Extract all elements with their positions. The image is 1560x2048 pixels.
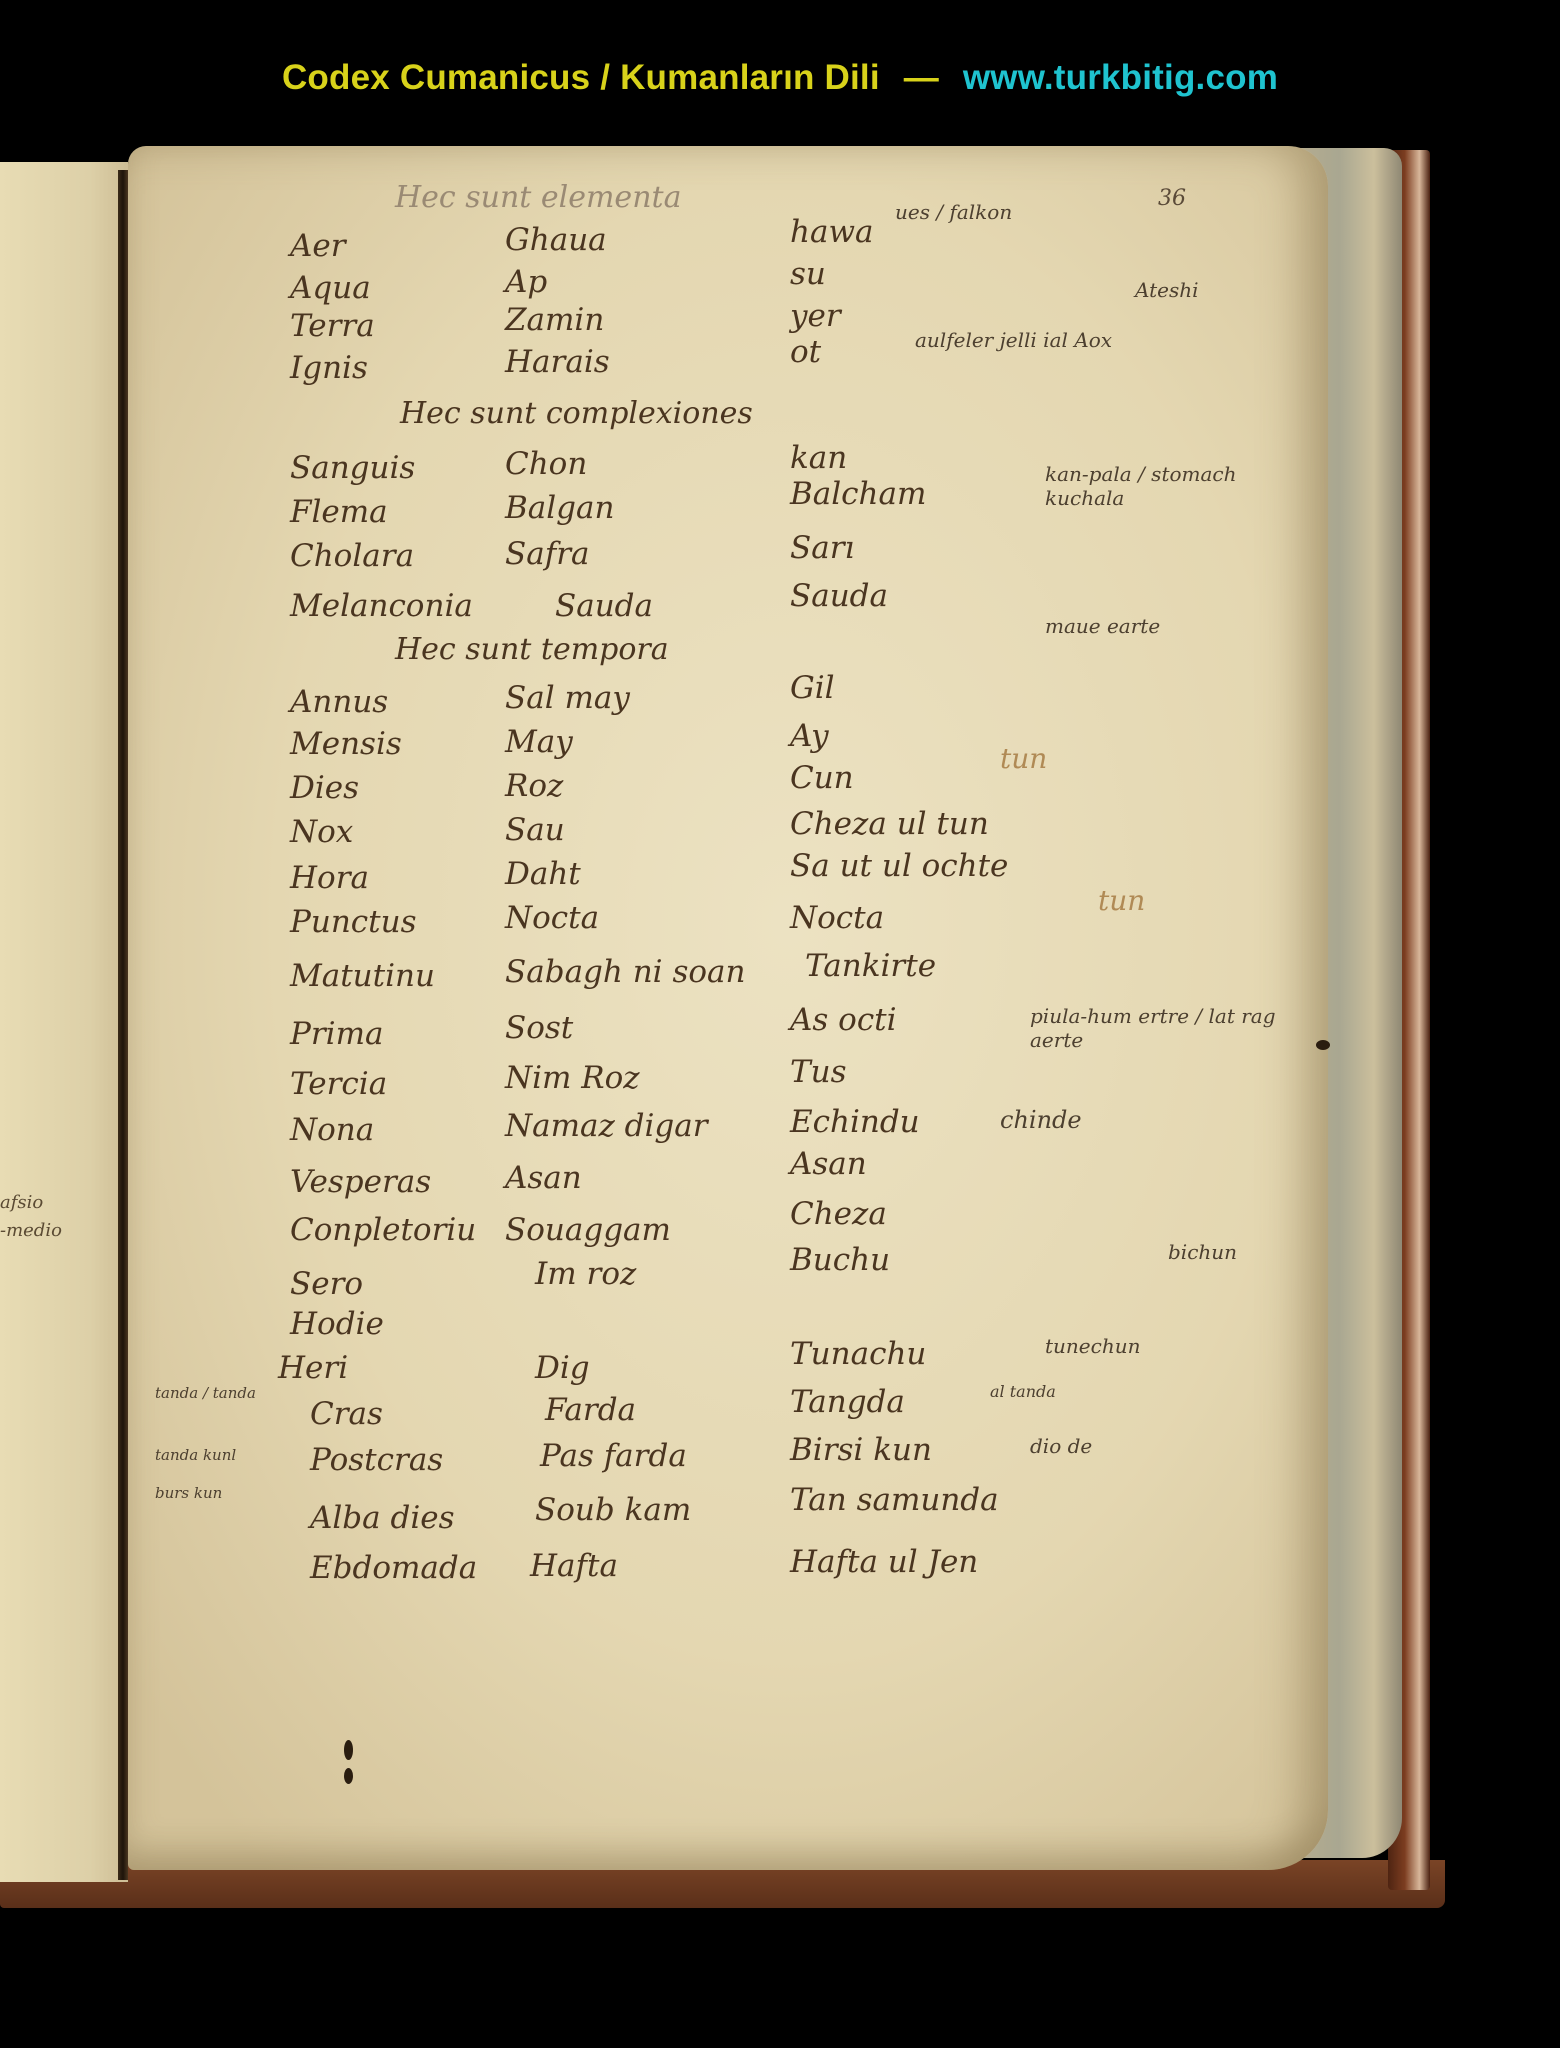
persian-term: Ap bbox=[505, 264, 547, 300]
latin-term: Heri bbox=[278, 1350, 348, 1386]
cuman-term: Cheza ul tun bbox=[790, 806, 989, 842]
latin-term: Aqua bbox=[290, 270, 371, 306]
cuman-term: Tunachu bbox=[790, 1336, 926, 1372]
caption-title: Codex Cumanicus / Kumanların Dili bbox=[282, 58, 880, 97]
persian-term: Sau bbox=[505, 812, 565, 848]
latin-term: Terra bbox=[290, 308, 375, 344]
left-page-note: -medio bbox=[0, 1220, 62, 1241]
latin-term: Dies bbox=[290, 770, 359, 806]
cuman-term: Tangda bbox=[790, 1384, 905, 1420]
persian-term: May bbox=[505, 724, 573, 760]
margin-gloss: tun bbox=[1000, 742, 1047, 775]
latin-term: Alba dies bbox=[310, 1500, 455, 1536]
latin-term: Aer bbox=[290, 228, 346, 264]
latin-term: Sanguis bbox=[290, 450, 415, 486]
latin-term: Tercia bbox=[290, 1066, 387, 1102]
caption-header: Codex Cumanicus / Kumanların Dili — www.… bbox=[0, 58, 1560, 98]
cuman-term: As octi bbox=[790, 1002, 897, 1038]
cuman-term: kan bbox=[790, 440, 847, 476]
persian-term: Roz bbox=[505, 768, 563, 804]
latin-term: Ebdomada bbox=[310, 1550, 477, 1586]
persian-term: Farda bbox=[545, 1392, 636, 1428]
cuman-term: yer bbox=[790, 298, 841, 334]
cuman-term: Cun bbox=[790, 760, 854, 796]
margin-gloss: maue earte bbox=[1045, 614, 1160, 638]
cuman-term: Balcham bbox=[790, 476, 926, 512]
persian-term: Hafta bbox=[530, 1548, 618, 1584]
persian-term: Soub kam bbox=[535, 1492, 691, 1528]
persian-term: Sauda bbox=[555, 588, 653, 624]
cuman-term: Cheza bbox=[790, 1196, 887, 1232]
persian-term: Namaz digar bbox=[505, 1108, 708, 1144]
latin-term: Sero bbox=[290, 1266, 363, 1302]
latin-term: Postcras bbox=[310, 1442, 443, 1478]
book-gutter bbox=[118, 170, 128, 1880]
persian-term: Safra bbox=[505, 536, 590, 572]
margin-gloss: Ateshi bbox=[1135, 278, 1199, 302]
cuman-term: Gil bbox=[790, 670, 835, 706]
latin-term: Annus bbox=[290, 684, 388, 720]
left-margin-note: tanda / tanda bbox=[155, 1384, 256, 1402]
margin-gloss: tun bbox=[1098, 884, 1145, 917]
cuman-term: hawa bbox=[790, 214, 873, 250]
cuman-term: su bbox=[790, 256, 826, 292]
latin-term: Hora bbox=[290, 860, 369, 896]
ink-spot bbox=[344, 1768, 353, 1784]
persian-term: Nocta bbox=[505, 900, 599, 936]
cuman-term: Birsi kun bbox=[790, 1432, 932, 1468]
persian-term: Nim Roz bbox=[505, 1060, 640, 1096]
persian-term: Dig bbox=[535, 1350, 590, 1386]
left-page: afsio -medio bbox=[0, 162, 128, 1882]
latin-term: Nona bbox=[290, 1112, 374, 1148]
cuman-term: Tan samunda bbox=[790, 1482, 999, 1518]
latin-term: Cholara bbox=[290, 538, 414, 574]
persian-term: Balgan bbox=[505, 490, 614, 526]
latin-term: Flema bbox=[290, 494, 388, 530]
folio-number: 36 bbox=[1158, 186, 1186, 211]
margin-gloss: al tanda bbox=[990, 1382, 1056, 1401]
persian-term: Harais bbox=[505, 344, 610, 380]
persian-term: Ghaua bbox=[505, 222, 607, 258]
cuman-term: Sauda bbox=[790, 578, 888, 614]
cuman-term: Sa ut ul ochte bbox=[790, 848, 1008, 884]
latin-term: Nox bbox=[290, 814, 353, 850]
section-heading: Hec sunt complexiones bbox=[400, 396, 753, 431]
left-margin-note: tanda kunl bbox=[155, 1446, 236, 1464]
latin-term: Melanconia bbox=[290, 588, 473, 624]
latin-term: Prima bbox=[290, 1016, 383, 1052]
cuman-term: Asan bbox=[790, 1146, 867, 1182]
persian-term: Zamin bbox=[505, 302, 604, 338]
cuman-term: Nocta bbox=[790, 900, 884, 936]
margin-gloss: dio de bbox=[1030, 1434, 1092, 1458]
persian-term: Sost bbox=[505, 1010, 573, 1046]
caption-url: www.turkbitig.com bbox=[963, 58, 1278, 97]
cuman-term: Buchu bbox=[790, 1242, 890, 1278]
left-margin-note: burs kun bbox=[155, 1484, 222, 1502]
margin-gloss: tunechun bbox=[1045, 1334, 1140, 1358]
persian-term: Chon bbox=[505, 446, 587, 482]
ink-spot bbox=[344, 1740, 353, 1760]
latin-term: Matutinu bbox=[290, 958, 435, 994]
margin-gloss: kan-pala / stomach kuchala bbox=[1045, 462, 1275, 510]
persian-term: Sal may bbox=[505, 680, 630, 716]
persian-term: Sabagh ni soan bbox=[505, 954, 745, 990]
persian-term: Daht bbox=[505, 856, 581, 892]
latin-term: Vesperas bbox=[290, 1164, 431, 1200]
ink-spot bbox=[1316, 1040, 1330, 1050]
persian-term: Pas farda bbox=[540, 1438, 687, 1474]
latin-term: Conpletoriu bbox=[290, 1212, 476, 1248]
latin-term: Mensis bbox=[290, 726, 402, 762]
margin-gloss: chinde bbox=[1000, 1106, 1082, 1134]
latin-term: Cras bbox=[310, 1396, 383, 1432]
margin-gloss: bichun bbox=[1168, 1240, 1237, 1264]
margin-gloss: aulfeler jelli ial Aox bbox=[915, 328, 1112, 352]
section-heading: Hec sunt tempora bbox=[395, 632, 669, 667]
cuman-term: Hafta ul Jen bbox=[790, 1544, 978, 1580]
cuman-term: Echindu bbox=[790, 1104, 920, 1140]
cuman-term: ot bbox=[790, 334, 821, 370]
left-page-note: afsio bbox=[0, 1192, 43, 1213]
persian-term: Souaggam bbox=[505, 1212, 671, 1248]
persian-term: Asan bbox=[505, 1160, 582, 1196]
cuman-term: Tus bbox=[790, 1054, 847, 1090]
margin-gloss: ues / falkon bbox=[895, 200, 1012, 224]
margin-gloss: piula-hum ertre / lat rag aerte bbox=[1030, 1004, 1290, 1052]
cuman-term: Sarı bbox=[790, 530, 854, 566]
caption-separator: — bbox=[904, 58, 939, 97]
section-heading: Hec sunt elementa bbox=[395, 180, 681, 215]
persian-term: Im roz bbox=[535, 1256, 636, 1292]
latin-term: Ignis bbox=[290, 350, 368, 386]
latin-term: Punctus bbox=[290, 904, 416, 940]
cuman-term: Tankirte bbox=[805, 948, 936, 984]
latin-term: Hodie bbox=[290, 1306, 384, 1342]
cuman-term: Ay bbox=[790, 718, 829, 754]
